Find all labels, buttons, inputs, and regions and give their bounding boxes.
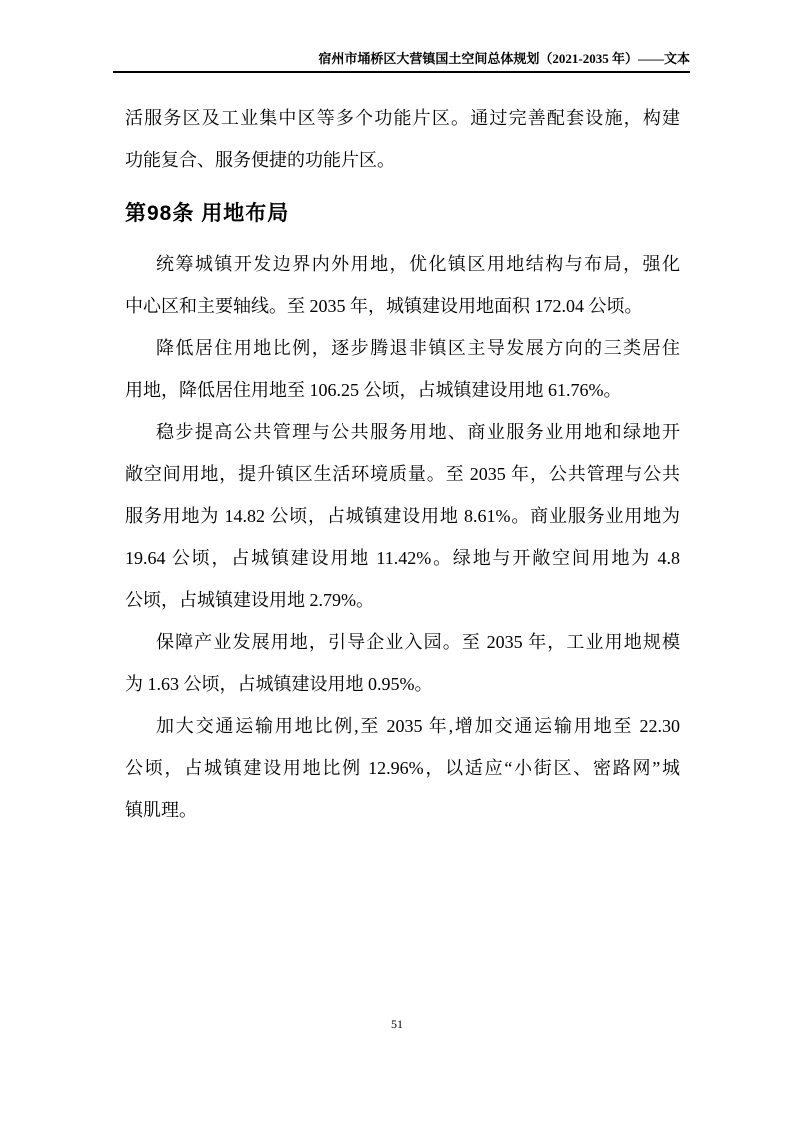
text-line: 活服务区及工业集中区等多个功能片区。通过完善配套设施，构建 [125, 97, 680, 139]
text-line: 加大交通运输用地比例,至 2035 年,增加交通运输用地至 22.30 [125, 705, 680, 747]
text-line: 镇肌理。 [125, 789, 680, 831]
page-header: 宿州市埇桥区大营镇国土空间总体规划（2021-2035 年）——文本 [113, 0, 690, 73]
page-number: 51 [391, 1017, 403, 1031]
text-line: 用地，降低居住用地至 106.25 公顷，占城镇建设用地 61.76%。 [125, 369, 680, 411]
paragraph: 稳步提高公共管理与公共服务用地、商业服务业用地和绿地开敞空间用地，提升镇区生活环… [125, 411, 680, 621]
paragraph: 统筹城镇开发边界内外用地，优化镇区用地结构与布局，强化中心区和主要轴线。至 20… [125, 243, 680, 327]
text-line: 为 1.63 公顷，占城镇建设用地 0.95%。 [125, 663, 680, 705]
paragraph: 保障产业发展用地，引导企业入园。至 2035 年，工业用地规模为 1.63 公顷… [125, 621, 680, 705]
paragraph: 活服务区及工业集中区等多个功能片区。通过完善配套设施，构建功能复合、服务便捷的功… [125, 97, 680, 181]
text-line: 中心区和主要轴线。至 2035 年，城镇建设用地面积 172.04 公顷。 [125, 285, 680, 327]
header-title: 宿州市埇桥区大营镇国土空间总体规划（2021-2035 年）——文本 [318, 51, 690, 66]
paragraph: 加大交通运输用地比例,至 2035 年,增加交通运输用地至 22.30公顷，占城… [125, 705, 680, 831]
text-line: 功能复合、服务便捷的功能片区。 [125, 139, 680, 181]
page-footer: 51 [0, 1016, 794, 1032]
text-line: 统筹城镇开发边界内外用地，优化镇区用地结构与布局，强化 [125, 243, 680, 285]
text-line: 公顷，占城镇建设用地比例 12.96%，以适应“小街区、密路网”城 [125, 747, 680, 789]
section-heading: 第98条 用地布局 [125, 193, 680, 235]
text-line: 稳步提高公共管理与公共服务用地、商业服务业用地和绿地开 [125, 411, 680, 453]
text-line: 敞空间用地，提升镇区生活环境质量。至 2035 年，公共管理与公共 [125, 453, 680, 495]
text-line: 19.64 公顷，占城镇建设用地 11.42%。绿地与开敞空间用地为 4.8 [125, 537, 680, 579]
paragraph: 降低居住用地比例，逐步腾退非镇区主导发展方向的三类居住用地，降低居住用地至 10… [125, 327, 680, 411]
document-page: 宿州市埇桥区大营镇国土空间总体规划（2021-2035 年）——文本 活服务区及… [0, 0, 794, 1123]
text-line: 公顷，占城镇建设用地 2.79%。 [125, 579, 680, 621]
text-line: 服务用地为 14.82 公顷，占城镇建设用地 8.61%。商业服务业用地为 [125, 495, 680, 537]
text-line: 保障产业发展用地，引导企业入园。至 2035 年，工业用地规模 [125, 621, 680, 663]
document-body: 活服务区及工业集中区等多个功能片区。通过完善配套设施，构建功能复合、服务便捷的功… [0, 97, 794, 831]
text-line: 降低居住用地比例，逐步腾退非镇区主导发展方向的三类居住 [125, 327, 680, 369]
